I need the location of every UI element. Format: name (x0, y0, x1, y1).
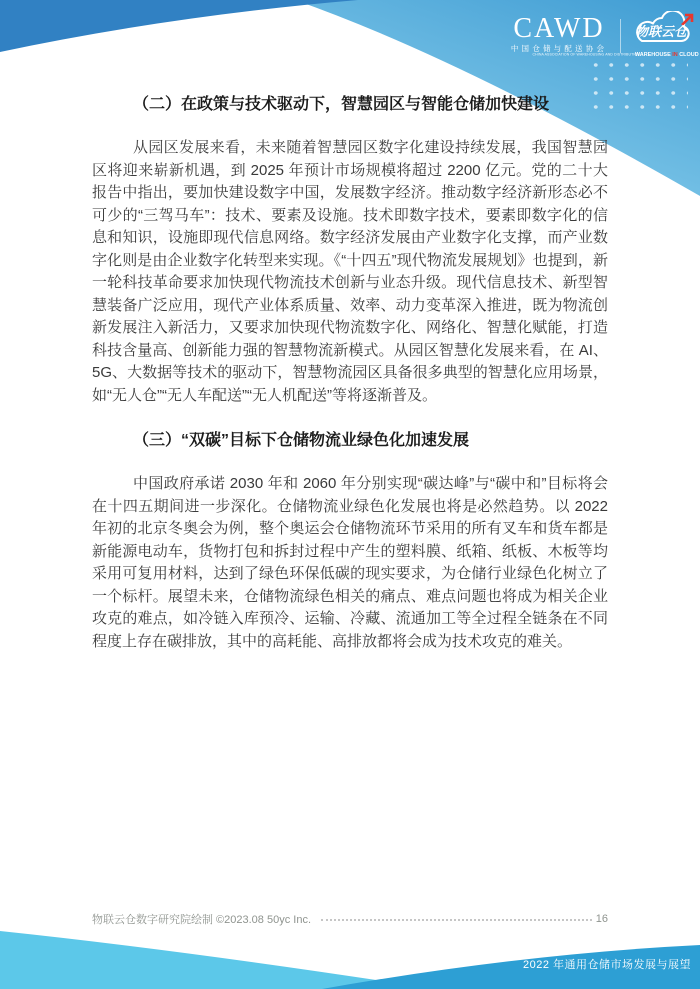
report-page: { "colors": { "top_left_band": "#3181c3"… (0, 0, 700, 989)
section-2-paragraph: 从园区发展来看，未来随着智慧园区数字化建设持续发展，我国智慧园区将迎来崭新机遇，… (92, 137, 608, 407)
bottom-left-wave (0, 931, 435, 989)
top-left-band (0, 0, 358, 52)
wic-word-cloud: CLOUD (679, 52, 698, 57)
cawd-name-cn: 中国仓储与配送协会 (506, 44, 612, 53)
document-body: （二）在政策与技术驱动下，智慧园区与智能仓储加快建设 从园区发展来看，未来随着智… (92, 93, 608, 675)
wic-tagline: WAREHOUSE IN CLOUD (635, 52, 691, 58)
cloud-icon: 物联云仓 (627, 11, 699, 47)
report-title: 2022 年通用仓储市场发展与展望 (523, 956, 691, 972)
cawd-logo: CAWD 中国仓储与配送协会 CHINA ASSOCIATION OF WARE… (506, 15, 612, 61)
section-2-heading: （二）在政策与技术驱动下，智慧园区与智能仓储加快建设 (92, 93, 608, 116)
bottom-wave-decoration (0, 909, 700, 989)
cawd-acronym: CAWD (506, 15, 612, 43)
wic-word-warehouse: WAREHOUSE (635, 52, 671, 57)
wic-name-cn: 物联云仓 (635, 24, 689, 39)
cawd-name-en: CHINA ASSOCIATION OF WAREHOUSING AND DIS… (533, 53, 586, 57)
section-3-paragraph: 中国政府承诺 2030 年和 2060 年分别实现“碳达峰”与“碳中和”目标将会… (92, 473, 608, 653)
logo-divider (620, 19, 621, 53)
warehouse-in-cloud-logo: 物联云仓 WAREHOUSE IN CLOUD (627, 11, 699, 60)
section-3-heading: （三）“双碳”目标下仓储物流业绿色化加速发展 (92, 429, 608, 452)
wic-word-in: IN (672, 52, 677, 57)
